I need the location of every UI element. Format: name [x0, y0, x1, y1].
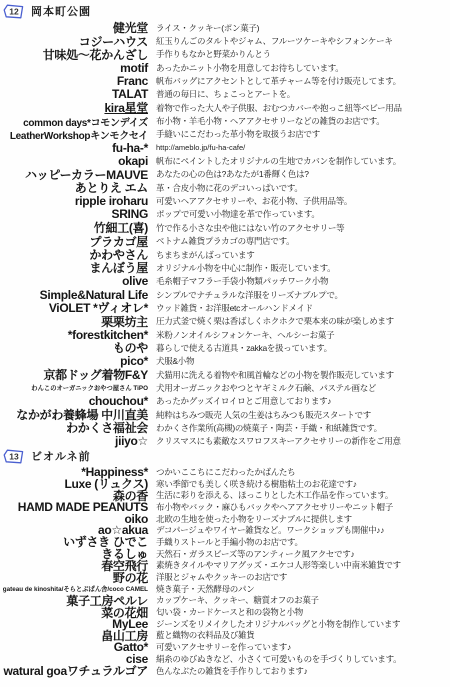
vendor-row: まんぼう屋 オリジナル小物を中心に制作・販売しています。: [0, 261, 450, 274]
section-title: ビオルネ前: [31, 448, 91, 464]
section-header: 12 岡本町公園: [3, 3, 450, 19]
vendor-description: ライス・クッキー(ポン菓子): [156, 22, 259, 34]
vendor-description: 純粋はちみつ販売 人気の生姜はちみつも販売スタートです: [156, 409, 371, 421]
vendor-description: ベトナム雑貨プラカゴの専門店です。: [156, 235, 294, 247]
vendor-name: jiiyo☆: [0, 434, 148, 448]
vendor-row: 甘味処～花かんざし 手作りもなかと野菜かりんとう: [0, 48, 450, 61]
vendor-row: ripple iroharu 可愛いヘアアクセサリーや、お花小物、子供用品等。: [0, 194, 450, 207]
vendor-name: LeatherWorkshopキンモクセイ: [0, 127, 148, 142]
vendor-description: 藍と織物の衣料品及び雑貨: [156, 629, 254, 641]
vendor-name: fu-ha-*: [0, 141, 148, 155]
vendor-name: 京都ドッグ着物F&Y: [0, 366, 148, 383]
vendor-row: watural goaワチュラルゴア 色んなぶたの雑貨を手作りしております♪: [0, 665, 450, 677]
vendor-row: motif あったかニット小物を用意してお待ちしています。: [0, 61, 450, 74]
vendor-name: 野の花: [0, 569, 148, 586]
vendor-description: 犬猫用に洗える着物や和風首輪などの小物を製作販売しています: [156, 369, 394, 381]
vendor-row: common days*コモンデイズ 布小物・羊毛小物・ヘアアクセサリーなどの雑…: [0, 114, 450, 127]
vendor-row: fu-ha-* http://ameblo.jp/fu-ha-cafe/: [0, 141, 450, 154]
vendor-row: jiiyo☆ クリスマスにも素敵なスワロフスキーアクセサリーの新作をご用意: [0, 435, 450, 448]
vendor-description: 可愛いアクセサリーを作っています♪: [156, 641, 291, 653]
map-section: 12 岡本町公園 健光堂 ライス・クッキー(ポン菓子) コジーハウス 紅玉りんご…: [0, 3, 450, 448]
vendor-description: 匂い袋・カードケースと和の袋物と小物: [156, 606, 303, 618]
vendor-description: 帆布バッグにアクセントとして革チャーム等を付け販売してます。: [156, 75, 401, 87]
vendor-description: デコパージュやワイヤー雑貨など。ワークショップも開催中♪♪: [156, 524, 384, 536]
map-marker-icon: 12: [3, 4, 24, 19]
vendor-row: Franc 帆布バッグにアクセントとして革チャーム等を付け販売してます。: [0, 74, 450, 87]
vendor-description: 素焼きタイルやマリアグッズ・エケコ人形等楽しい中南米雑貨です: [156, 559, 401, 571]
vendor-description: オリジナル小物を中心に制作・販売しています。: [156, 262, 335, 274]
vendor-description: 毛糸帽子マフラー手袋小物類パッチワーク小物: [156, 275, 328, 287]
vendor-description: 布小物やバック・麻ひもバックやヘアアクセサリーやニット帽子: [156, 501, 393, 513]
vendor-description: あなたの心の色は?あなたが1番輝く色は?: [156, 168, 309, 180]
vendor-description: 天然石・ガラスビーズ等のアンティーク風アクセです♪: [156, 548, 354, 560]
vendor-row: olive 毛糸帽子マフラー手袋小物類パッチワーク小物: [0, 275, 450, 288]
section-rows: 健光堂 ライス・クッキー(ポン菓子) コジーハウス 紅玉りんごのタルトやジャム、…: [0, 21, 450, 448]
vendor-description: 洋服とジャムやクッキーのお店です: [156, 571, 287, 583]
vendor-description: 暮らしで使える古道具・zakkaを扱っています。: [156, 342, 332, 354]
vendor-description: 犬服&小物: [156, 355, 194, 367]
vendor-description: ちまちまがんばっています: [156, 249, 254, 261]
map-marker-icon: 13: [3, 449, 24, 464]
vendor-name: motif: [0, 61, 148, 75]
vendor-description: 手作りもなかと野菜かりんとう: [156, 48, 271, 60]
vendor-row: わんこのオーガニックおやつ屋さん TiPO 犬用オーガニックおやつとヤギミルク石…: [0, 381, 450, 394]
vendor-row: 野の花 洋服とジャムやクッキーのお店です: [0, 571, 450, 583]
map-section: 13 ビオルネ前 *Happiness* つかいここちにこだわったかばんたち L…: [0, 448, 450, 676]
vendor-description: カップケーキ、クッキー、糖質オフのお菓子: [156, 594, 319, 606]
vendor-description: 着物で作った大人や子供服、おむつカバーや抱っこ紐等ベビー用品: [156, 102, 402, 114]
marker-number: 13: [9, 451, 19, 461]
vendor-description: 紅玉りんごのタルトやジャム、フルーツケーキやシフォンケーキ: [156, 35, 393, 47]
vendor-name: olive: [0, 274, 148, 288]
vendor-description: あったかグッズイロイロとご用意しております♪: [156, 395, 331, 407]
marker-number: 12: [9, 6, 19, 16]
vendor-description: 焼き菓子・天然酵母のパン: [156, 583, 254, 595]
vendor-row: 京都ドッグ着物F&Y 犬猫用に洗える着物や和風首輪などの小物を製作販売しています: [0, 368, 450, 381]
vendor-name: watural goaワチュラルゴア: [0, 662, 148, 679]
vendor-description: 米粉ノンオイルシフォンケーキ、ヘルシーお菓子: [156, 329, 334, 341]
vendor-description: 北欧の生地を使った小物をリーズナブルに提供します: [156, 513, 352, 525]
vendor-description: ポップで可愛い小物達を革で作っています。: [156, 208, 320, 220]
vendor-description: ジーンズをリメイクしたオリジナルバッグと小物を制作しています: [156, 618, 400, 630]
section-header: 13 ビオルネ前: [3, 448, 450, 464]
vendor-description: 絹糸のゆびぬきなど、小さくて可愛いものを手づくりしています。: [156, 653, 401, 665]
section-title: 岡本町公園: [31, 3, 91, 19]
vendor-description: わかくさ作業所(高槻)の焼菓子・陶芸・手織・和紙雑貨です。: [156, 422, 382, 434]
vendor-description: 布小物・羊毛小物・ヘアアクセサリーなどの雑貨のお店です。: [156, 115, 384, 127]
vendor-list: 12 岡本町公園 健光堂 ライス・クッキー(ポン菓子) コジーハウス 紅玉りんご…: [0, 3, 450, 676]
vendor-description: 手織りストールと手編小物のお店です。: [156, 536, 303, 548]
vendor-description: 普通の毎日に、ちょこっとアートを。: [156, 88, 295, 100]
vendor-row: LeatherWorkshopキンモクセイ 手縫いにこだわった革小物を取扱うお店…: [0, 128, 450, 141]
vendor-description: 竹で作る小さな虫や他にはない竹のアクセサリー等: [156, 222, 344, 234]
vendor-row: 栗栗坊主 圧力式釜で焼く栗は香ばしくホクホクで栗本来の味が楽しめます: [0, 315, 450, 328]
vendor-description: 帆布にペイントしたオリジナルの生地でカバンを制作しています。: [156, 155, 401, 167]
vendor-description: 犬用オーガニックおやつとヤギミルク石鹸、パステル画など: [156, 382, 376, 394]
vendor-row: あとりえ エム 革・合皮小物に花のデコいっぱいです。: [0, 181, 450, 194]
vendor-description: http://ameblo.jp/fu-ha-cafe/: [156, 143, 245, 152]
vendor-description: 手縫いにこだわった革小物を取扱うお店です: [156, 128, 320, 140]
vendor-description: あったかニット小物を用意してお待ちしています。: [156, 62, 344, 74]
vendor-description: 色んなぶたの雑貨を手作りしております♪: [156, 665, 308, 677]
section-rows: *Happiness* つかいここちにこだわったかばんたち Luxe (リュクス…: [0, 466, 450, 676]
vendor-description: 可愛いヘアアクセサリーや、お花小物、子供用品等。: [156, 195, 352, 207]
vendor-description: つかいここちにこだわったかばんたち: [156, 466, 295, 478]
vendor-description: ウッド雑貨・お洋服etcオールハンドメイド: [156, 302, 313, 314]
vendor-description: 寒い季節でも美しく咲き続ける樹脂粘土のお花達です♪: [156, 478, 357, 490]
flyer-page: 12 岡本町公園 健光堂 ライス・クッキー(ポン菓子) コジーハウス 紅玉りんご…: [0, 0, 450, 676]
vendor-name: ripple iroharu: [0, 194, 148, 208]
vendor-name: Franc: [0, 74, 148, 88]
vendor-row: わかくさ福祉会 わかくさ作業所(高槻)の焼菓子・陶芸・手織・和紙雑貨です。: [0, 421, 450, 434]
vendor-description: 革・合皮小物に花のデコいっぱいです。: [156, 182, 303, 194]
vendor-description: シンプルでナチュラルな洋服をリーズナブルプで。: [156, 289, 343, 301]
vendor-description: 圧力式釜で焼く栗は香ばしくホクホクで栗本来の味が楽しめます: [156, 315, 394, 327]
vendor-name: わんこのオーガニックおやつ屋さん TiPO: [0, 383, 148, 392]
vendor-row: kira星堂 着物で作った大人や子供服、おむつカバーや抱っこ紐等ベビー用品: [0, 101, 450, 114]
vendor-row: ものや 暮らしで使える古道具・zakkaを扱っています。: [0, 341, 450, 354]
vendor-description: クリスマスにも素敵なスワロフスキーアクセサリーの新作をご用意: [156, 435, 401, 447]
vendor-description: 生活に彩りを添える、ほっこりとした木工作品を作っています。: [156, 489, 393, 501]
